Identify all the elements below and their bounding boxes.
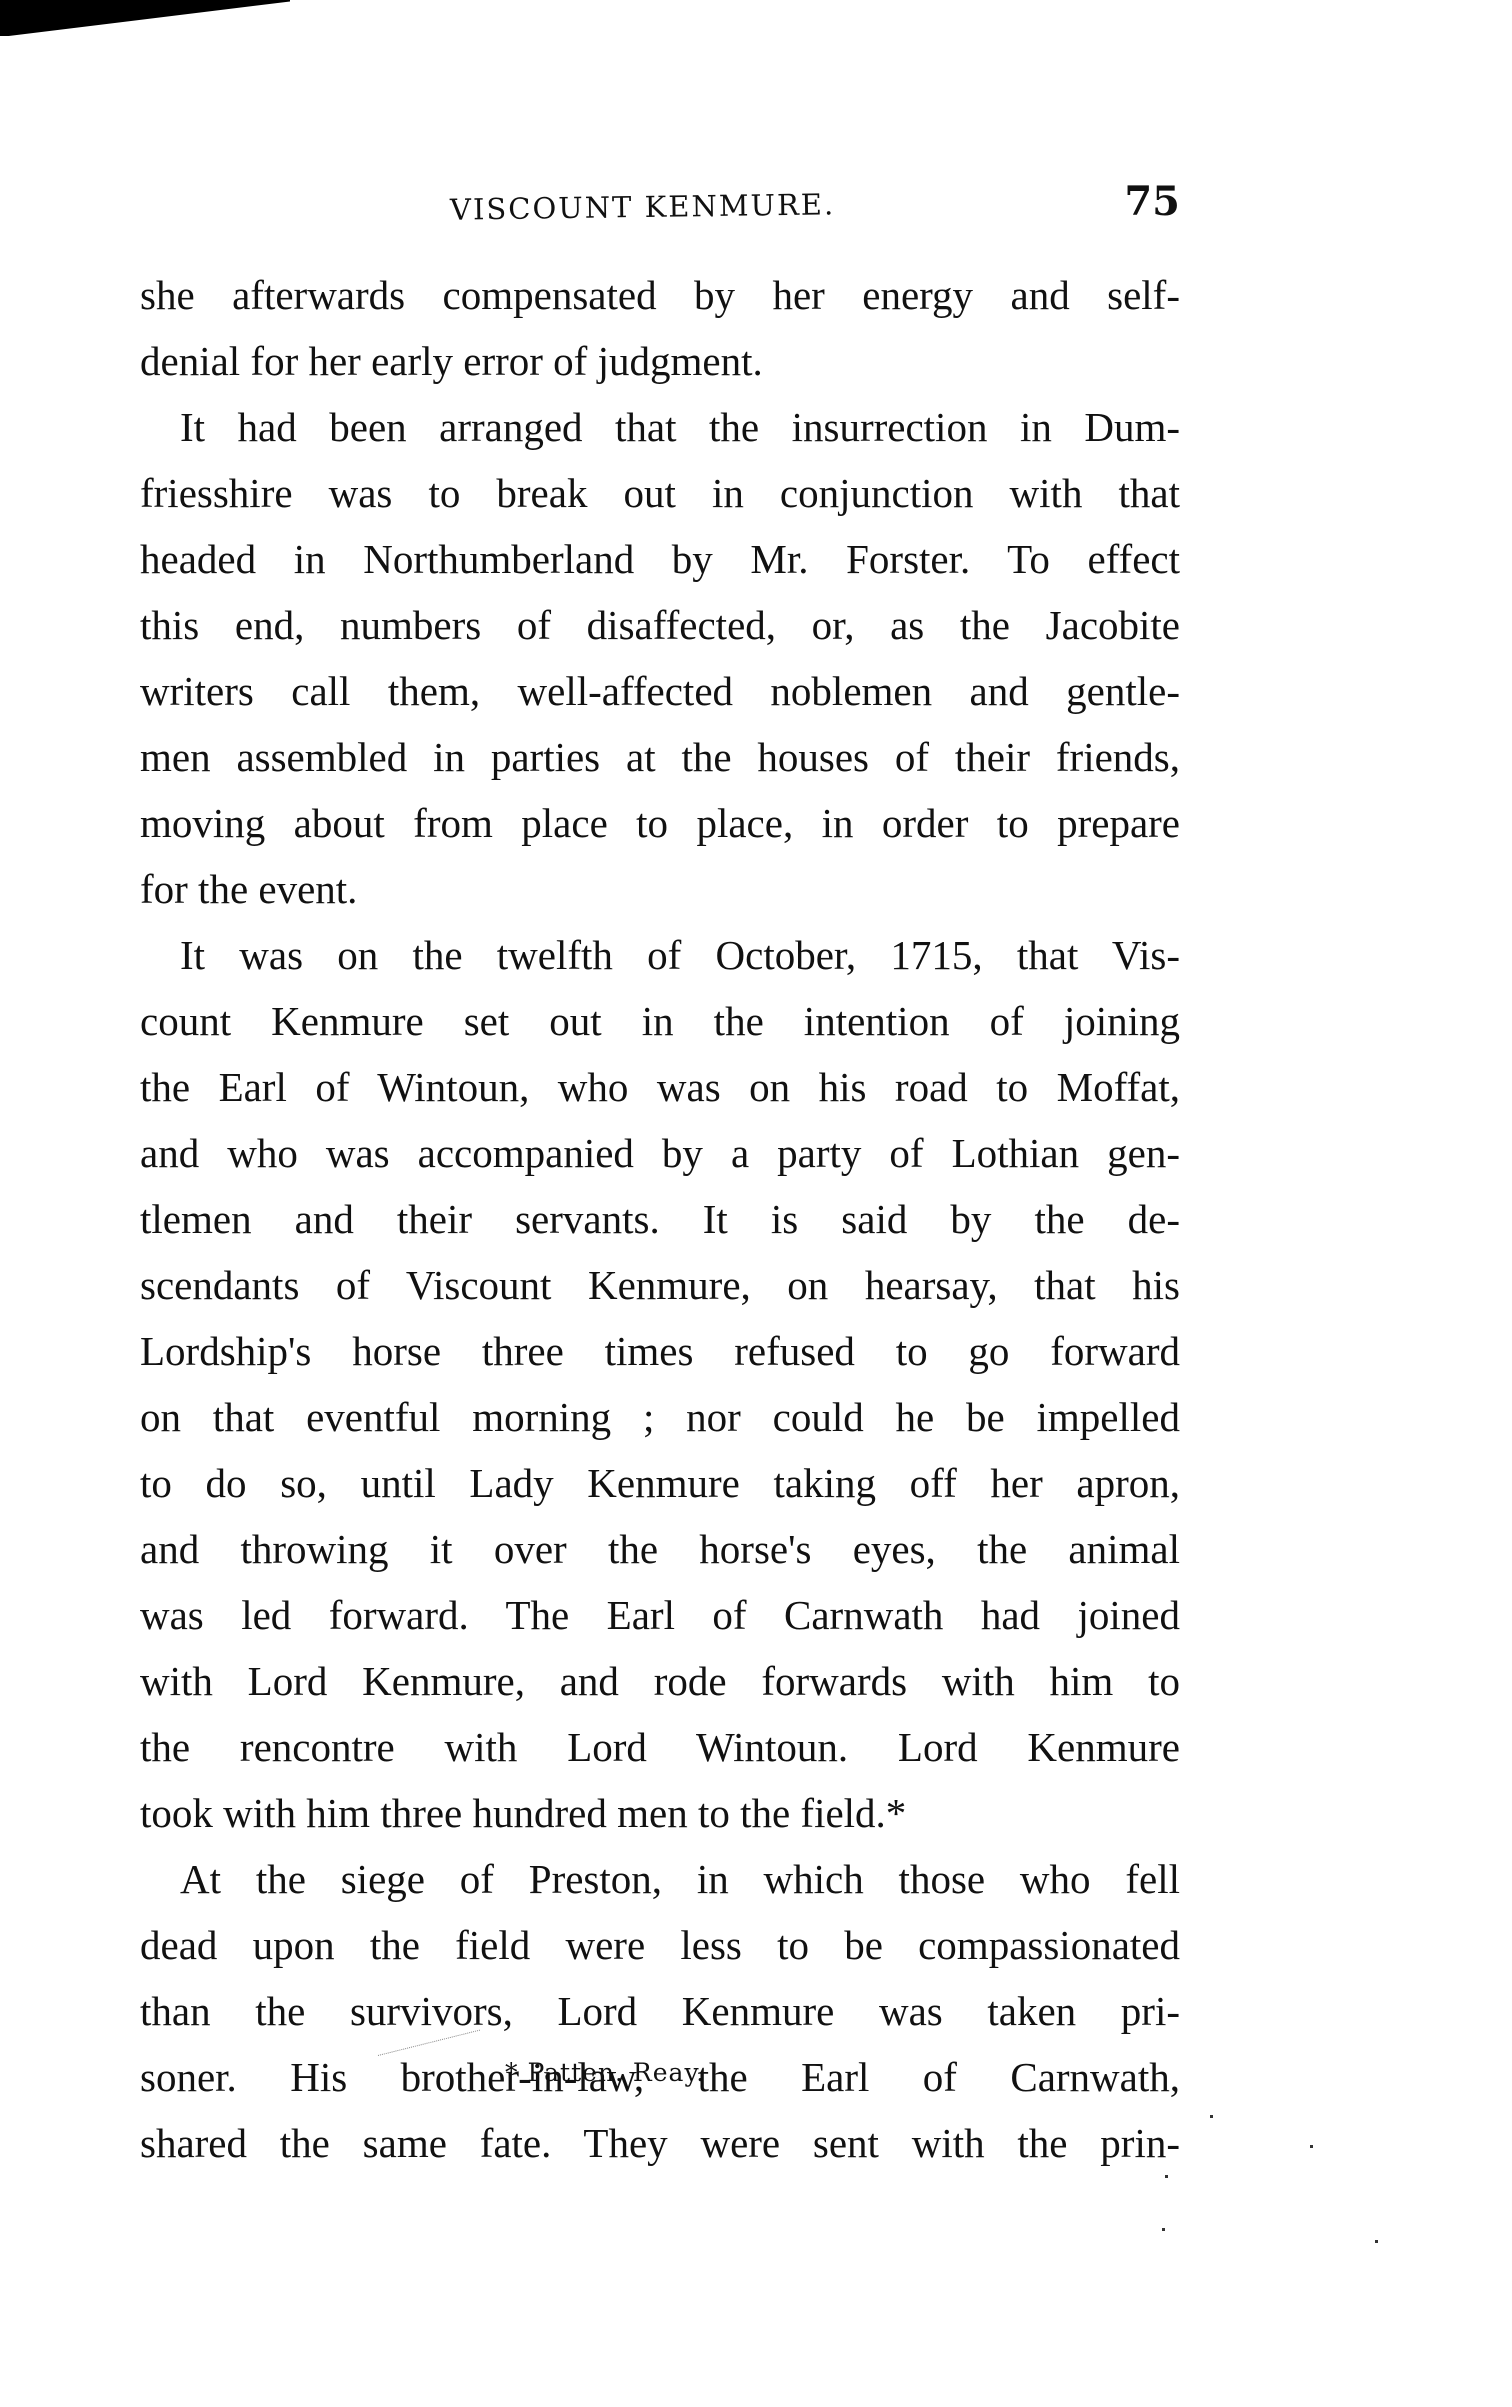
book-page: VISCOUNT KENMURE. 75 she afterwards comp… xyxy=(0,0,1512,2407)
page-number: 75 xyxy=(1124,178,1180,225)
text-line: denial for her early error of judgment. xyxy=(140,328,1180,394)
text-line: was led forward. The Earl of Carnwath ha… xyxy=(140,1582,1180,1648)
footnote: * Patten. Reay. xyxy=(505,2058,705,2087)
paragraph-start-line: At the siege of Preston, in which those … xyxy=(140,1846,1180,1912)
text-line: friesshire was to break out in conjuncti… xyxy=(140,460,1180,526)
text-line: than the survivors, Lord Kenmure was tak… xyxy=(140,1978,1180,2044)
text-line: the Earl of Wintoun, who was on his road… xyxy=(140,1054,1180,1120)
text-line: and who was accompanied by a party of Lo… xyxy=(140,1120,1180,1186)
scan-edge-artifact xyxy=(0,0,290,36)
scan-speck xyxy=(1375,2240,1378,2243)
scan-speck xyxy=(1210,2115,1213,2118)
text-line: she afterwards compensated by her energy… xyxy=(140,262,1180,328)
paragraph-start-line: It had been arranged that the insurrecti… xyxy=(140,394,1180,460)
text-line: the rencontre with Lord Wintoun. Lord Ke… xyxy=(140,1714,1180,1780)
scan-speck xyxy=(1165,2175,1168,2178)
text-line: moving about from place to place, in ord… xyxy=(140,790,1180,856)
text-line: shared the same fate. They were sent wit… xyxy=(140,2110,1180,2176)
text-line: for the event. xyxy=(140,856,1180,922)
text-line: to do so, until Lady Kenmure taking off … xyxy=(140,1450,1180,1516)
text-line: on that eventful morning ; nor could he … xyxy=(140,1384,1180,1450)
text-line: this end, numbers of disaffected, or, as… xyxy=(140,592,1180,658)
text-line: dead upon the field were less to be comp… xyxy=(140,1912,1180,1978)
text-line: took with him three hundred men to the f… xyxy=(140,1780,1180,1846)
scan-speck xyxy=(1162,2228,1165,2231)
text-line: tlemen and their servants. It is said by… xyxy=(140,1186,1180,1252)
body-text: she afterwards compensated by her energy… xyxy=(140,262,1180,2176)
text-line: writers call them, well-affected nobleme… xyxy=(140,658,1180,724)
text-line: count Kenmure set out in the intention o… xyxy=(140,988,1180,1054)
text-line: headed in Northumberland by Mr. Forster.… xyxy=(140,526,1180,592)
paragraph-start-line: It was on the twelfth of October, 1715, … xyxy=(140,922,1180,988)
running-head: VISCOUNT KENMURE. xyxy=(450,187,836,226)
page-header: VISCOUNT KENMURE. 75 xyxy=(140,178,1180,228)
text-line: scendants of Viscount Kenmure, on hearsa… xyxy=(140,1252,1180,1318)
scan-speck xyxy=(1310,2145,1313,2148)
text-line: Lordship's horse three times refused to … xyxy=(140,1318,1180,1384)
text-line: men assembled in parties at the houses o… xyxy=(140,724,1180,790)
text-line: and throwing it over the horse's eyes, t… xyxy=(140,1516,1180,1582)
text-line: with Lord Kenmure, and rode forwards wit… xyxy=(140,1648,1180,1714)
